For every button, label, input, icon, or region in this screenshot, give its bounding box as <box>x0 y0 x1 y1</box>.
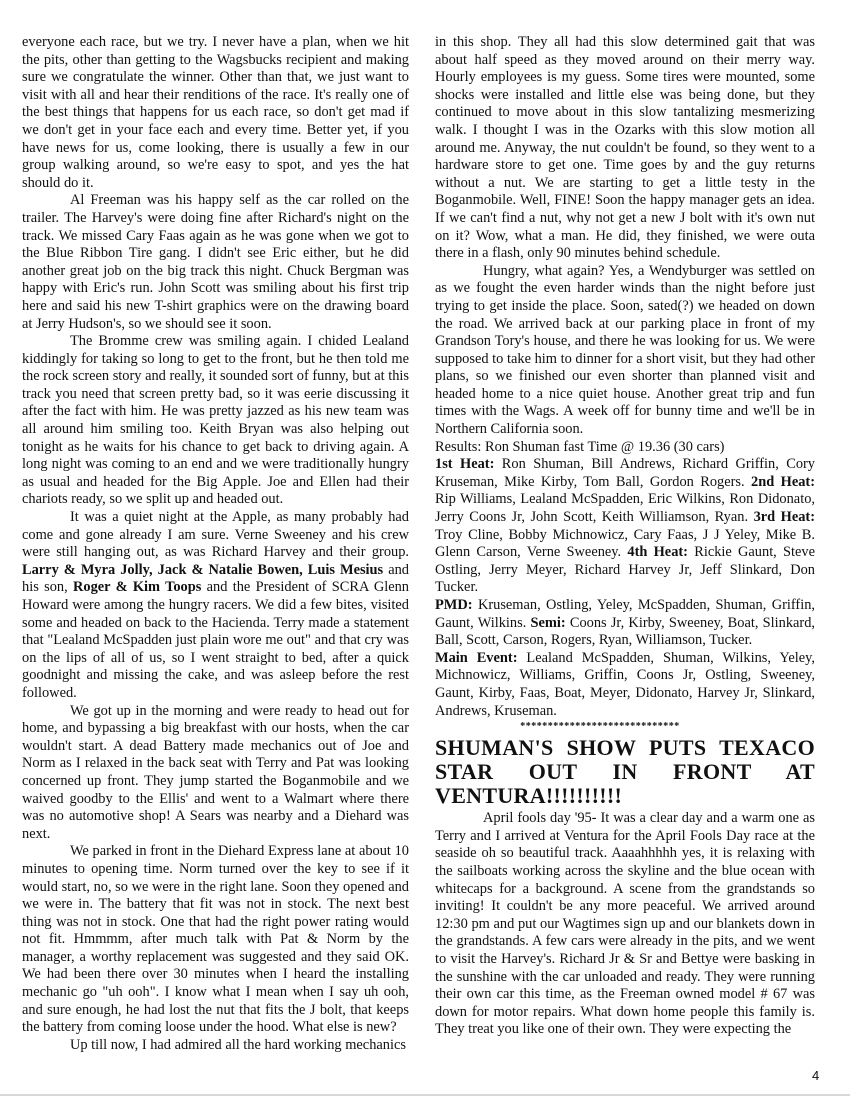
text-run: and the President of SCRA Glenn Howard w… <box>22 579 409 701</box>
paragraph: The Bromme crew was smiling again. I chi… <box>22 333 409 509</box>
text-run: It was a quiet night at the Apple, as ma… <box>22 509 409 560</box>
pmd-label: PMD: <box>435 597 473 613</box>
bold-names: Larry & Myra Jolly, Jack & Natalie Bowen… <box>22 562 383 578</box>
paragraph: Up till now, I had admired all the hard … <box>22 1037 409 1055</box>
paragraph: in this shop. They all had this slow det… <box>435 34 815 263</box>
main-event-results: Main Event: Lealand McSpadden, Shuman, W… <box>435 650 815 720</box>
paragraph: We parked in front in the Diehard Expres… <box>22 843 409 1037</box>
right-column: in this shop. They all had this slow det… <box>435 34 815 1039</box>
heat-results: 1st Heat: Ron Shuman, Bill Andrews, Rich… <box>435 456 815 597</box>
heat-label: 4th Heat: <box>627 544 688 560</box>
paragraph: We got up in the morning and were ready … <box>22 703 409 844</box>
left-column: everyone each race, but we try. I never … <box>22 34 409 1054</box>
bottom-scan-edge <box>0 1094 850 1096</box>
paragraph: It was a quiet night at the Apple, as ma… <box>22 509 409 703</box>
heat-label: 2nd Heat: <box>751 474 815 490</box>
semi-label: Semi: <box>530 615 565 631</box>
paragraph: April fools day '95- It was a clear day … <box>435 810 815 1039</box>
article-headline: SHUMAN'S SHOW PUTS TEXACO STAR OUT IN FR… <box>435 736 815 808</box>
pmd-semi-results: PMD: Kruseman, Ostling, Yeley, McSpadden… <box>435 597 815 650</box>
paragraph: everyone each race, but we try. I never … <box>22 34 409 192</box>
page-number: 4 <box>812 1068 819 1083</box>
main-event-label: Main Event: <box>435 650 517 666</box>
bold-names: Roger & Kim Toops <box>73 579 201 595</box>
results-summary: Results: Ron Shuman fast Time @ 19.36 (3… <box>435 439 815 457</box>
heat-label: 1st Heat: <box>435 456 494 472</box>
paragraph: Al Freeman was his happy self as the car… <box>22 192 409 333</box>
paragraph: Hungry, what again? Yes, a Wendyburger w… <box>435 263 815 439</box>
race-results: Results: Ron Shuman fast Time @ 19.36 (3… <box>435 439 815 721</box>
heat-label: 3rd Heat: <box>754 509 815 525</box>
separator: ***************************** <box>435 720 815 734</box>
